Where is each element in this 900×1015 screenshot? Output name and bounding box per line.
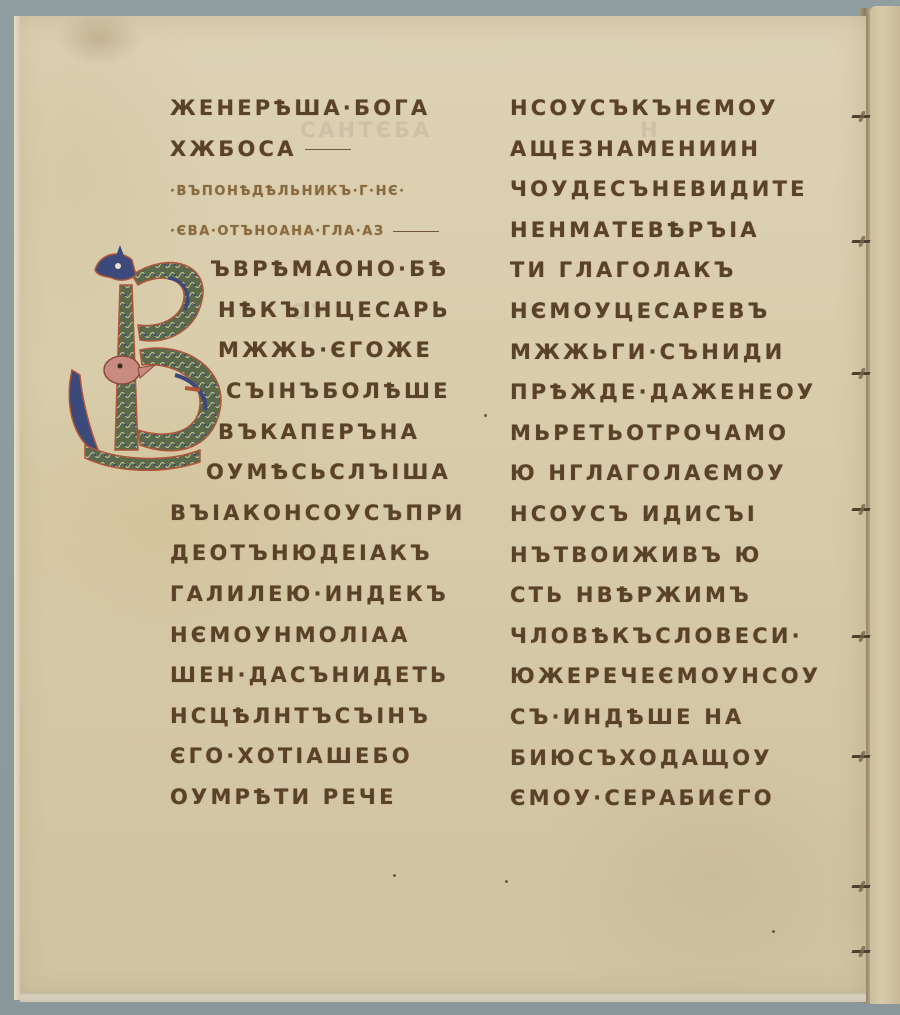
- page-bottom-edge: [20, 992, 866, 1002]
- text-line: НЄМОУНМОЛІАА: [170, 615, 455, 656]
- binding-stitch: [851, 885, 870, 888]
- text-line: ЖЕНЕРѢША·БОГА: [170, 88, 455, 129]
- binding-stitch: [851, 508, 870, 511]
- parchment-speck: [772, 930, 775, 933]
- text-line: НѢКЪІНЦЕСАРЬ: [170, 290, 455, 331]
- text-line: НСОУСЪ ИДИСЪІ: [510, 494, 795, 535]
- text-line: МЖЖЬ·ЄГОЖЕ: [170, 330, 455, 371]
- binding-stitch: [851, 115, 870, 118]
- binding-stitch: [851, 240, 870, 243]
- text-line: МЖЖЬГИ·СЪНИДИ: [510, 332, 795, 373]
- text-line: ВЪІАКОНСОУСЪПРИ: [170, 493, 455, 534]
- text-line: ЮЖЕРЕЧЕЄМОУНСОУ: [510, 656, 795, 697]
- text-line: АЩЕЗНАМЕНИИН: [510, 129, 795, 170]
- text-line: СЪ·ИНДѢШЕ НА: [510, 697, 795, 738]
- text-line-content: ·ЄВА·ОТЪНОАНА·ГЛА·АЗ: [170, 224, 385, 239]
- text-line: СЪІНЪБОЛѢШЕ: [170, 371, 455, 412]
- rubric-line: ·ВЪПОНѢДѢЛЬНИКЪ·Г·НЄ·: [170, 169, 455, 209]
- adjacent-leaf-edge: [870, 6, 900, 1004]
- rubric-line: ·ЄВА·ОТЪНОАНА·ГЛА·АЗ: [170, 209, 455, 249]
- text-line: НЪТВОИЖИВЪ Ю: [510, 535, 795, 576]
- text-line: Ю НГЛАГОЛАЄМОУ: [510, 453, 795, 494]
- text-line: ЄГО·ХОТІАШЕБО: [170, 736, 455, 777]
- text-line: НСЦѢЛНТЪСЪІНЪ: [170, 696, 455, 737]
- text-line: НЕНМАТЕВѢРЪІА: [510, 210, 795, 251]
- binding-stitch: [851, 635, 870, 638]
- text-column-left: ЖЕНЕРѢША·БОГА ХЖБОСА ·ВЪПОНѢДѢЛЬНИКЪ·Г·Н…: [170, 88, 455, 818]
- line-filler-ornament: [393, 231, 439, 232]
- text-line: ЄМОУ·СЕРАБИЄГО: [510, 778, 795, 819]
- parchment-speck: [393, 874, 396, 877]
- text-line: СТЬ НВѢРЖИМЪ: [510, 575, 795, 616]
- text-line: ШЕН·ДАСЪНИДЕТЬ: [170, 655, 455, 696]
- binding-stitch: [851, 755, 870, 758]
- text-line: ПРѢЖДЕ·ДАЖЕНЕОУ: [510, 372, 795, 413]
- text-line: НСОУСЪКЪНЄМОУ: [510, 88, 795, 129]
- text-line: ТИ ГЛАГОЛАКЪ: [510, 250, 795, 291]
- text-column-right: НСОУСЪКЪНЄМОУ АЩЕЗНАМЕНИИН ЧОУДЕСЪНЕВИДИ…: [510, 88, 795, 819]
- text-line: НЄМОУЦЕСАРЕВЪ: [510, 291, 795, 332]
- text-line: ОУМРѢТИ РЕЧЕ: [170, 777, 455, 818]
- binding-stitch: [851, 372, 870, 375]
- text-line: ЧЛОВѢКЪСЛОВЕСИ·: [510, 616, 795, 657]
- text-line: МЬРЕТЬОТРОЧАМО: [510, 413, 795, 454]
- text-line: ГАЛИЛЕЮ·ИНДЕКЪ: [170, 574, 455, 615]
- line-filler-ornament: [305, 149, 351, 150]
- text-line: ХЖБОСА: [170, 129, 455, 170]
- parchment-speck: [484, 414, 487, 417]
- text-line: ЪВРѢМАОНО·БѢ: [170, 249, 455, 290]
- text-line: ОУМѢСЬСЛЪІША: [170, 452, 455, 493]
- page-left-edge: [14, 16, 20, 1000]
- text-line: ЧОУДЕСЪНЕВИДИТЕ: [510, 169, 795, 210]
- text-line: БИЮСЪХОДАЩОУ: [510, 738, 795, 779]
- text-line-content: ХЖБОСА: [170, 137, 297, 161]
- text-line: ВЪКАПЕРЪНА: [170, 412, 455, 453]
- binding-stitch: [851, 950, 870, 953]
- text-line: ДЕОТЪНЮДЕІАКЪ: [170, 533, 455, 574]
- parchment-speck: [505, 880, 508, 883]
